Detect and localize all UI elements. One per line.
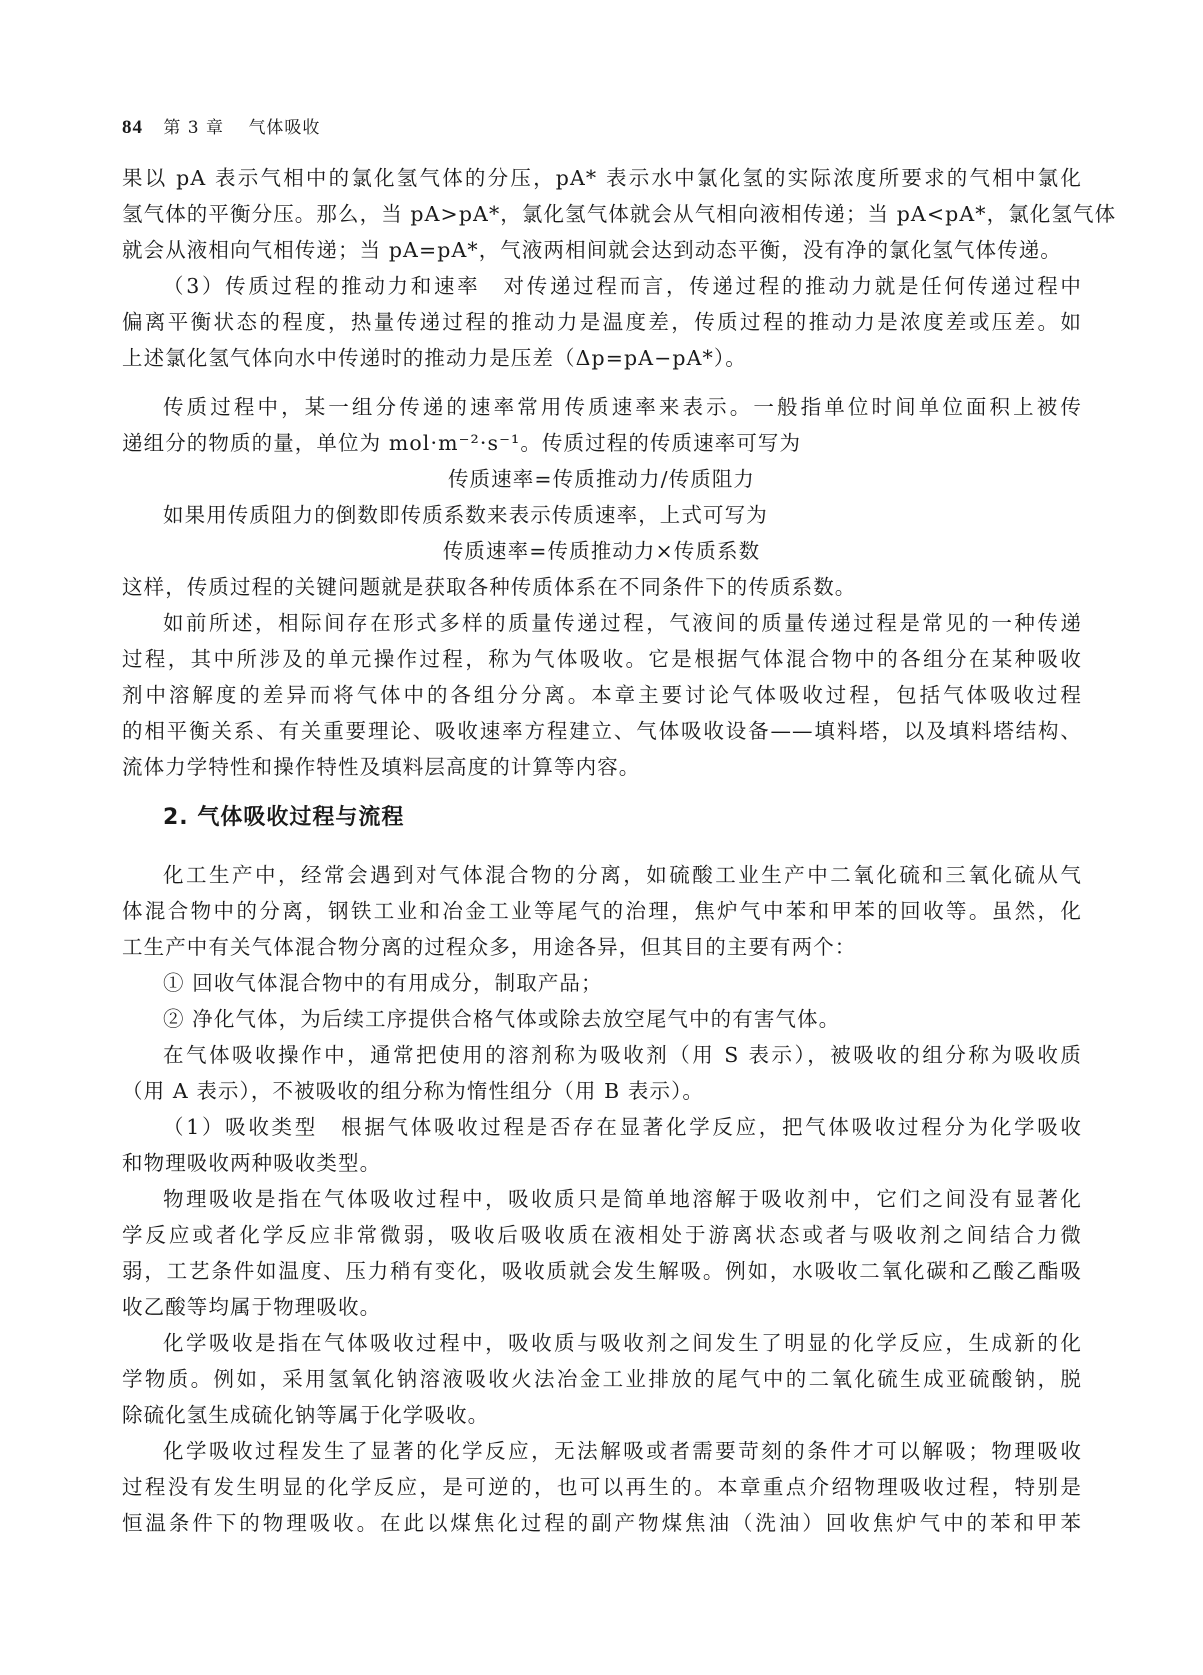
text-line: （3）传质过程的推动力和速率 对传递过程而言，传递过程的推动力就是任何传递过程中 — [163, 271, 1082, 301]
text-line: （1）吸收类型 根据气体吸收过程是否存在显著化学反应，把气体吸收过程分为化学吸收 — [163, 1112, 1082, 1142]
section-heading: 2. 气体吸收过程与流程 — [163, 800, 404, 831]
text-line: 传质过程中，某一组分传递的速率常用传质速率来表示。一般指单位时间单位面积上被传 — [163, 392, 1082, 422]
text-line: 恒温条件下的物理吸收。在此以煤焦化过程的副产物煤焦油（洗油）回收焦炉气中的苯和甲… — [122, 1508, 1082, 1538]
book-page: 84 第 3 章 气体吸收 果以 pA 表示气相中的氯化氢气体的分压，pA* 表… — [0, 0, 1203, 1675]
text-line: 流体力学特性和操作特性及填料层高度的计算等内容。 — [122, 752, 1082, 782]
text-line: 如前所述，相际间存在形式多样的质量传递过程，气液间的质量传递过程是常见的一种传递 — [163, 608, 1082, 638]
equation: 传质速率=传质推动力×传质系数 — [0, 536, 1203, 566]
text-line: 收乙酸等均属于物理吸收。 — [122, 1292, 1082, 1322]
text-line: 工生产中有关气体混合物分离的过程众多，用途各异，但其目的主要有两个： — [122, 932, 1082, 962]
text-line: 弱，工艺条件如温度、压力稍有变化，吸收质就会发生解吸。例如，水吸收二氧化碳和乙酸… — [122, 1256, 1082, 1286]
chapter-label: 第 3 章 — [163, 118, 224, 138]
running-header: 84 第 3 章 气体吸收 — [122, 113, 320, 139]
text-line: 氢气体的平衡分压。那么，当 pA>pA*，氯化氢气体就会从气相向液相传递；当 p… — [122, 199, 1082, 229]
text-line: 过程没有发生明显的化学反应，是可逆的，也可以再生的。本章重点介绍物理吸收过程，特… — [122, 1472, 1082, 1502]
text-line: 果以 pA 表示气相中的氯化氢气体的分压，pA* 表示水中氯化氢的实际浓度所要求… — [122, 163, 1082, 193]
text-line: 化学吸收是指在气体吸收过程中，吸收质与吸收剂之间发生了明显的化学反应，生成新的化 — [163, 1328, 1082, 1358]
text-line: 化工生产中，经常会遇到对气体混合物的分离，如硫酸工业生产中二氧化硫和三氧化硫从气 — [163, 860, 1082, 890]
text-line: 物理吸收是指在气体吸收过程中，吸收质只是简单地溶解于吸收剂中，它们之间没有显著化 — [163, 1184, 1082, 1214]
text-line: 学反应或者化学反应非常微弱，吸收后吸收质在液相处于游离状态或者与吸收剂之间结合力… — [122, 1220, 1082, 1250]
text-line: 如果用传质阻力的倒数即传质系数来表示传质速率，上式可写为 — [163, 500, 1082, 530]
text-line: 这样，传质过程的关键问题就是获取各种传质体系在不同条件下的传质系数。 — [122, 572, 1082, 602]
chapter-title: 气体吸收 — [248, 118, 320, 138]
text-line: 在气体吸收操作中，通常把使用的溶剂称为吸收剂（用 S 表示），被吸收的组分称为吸… — [163, 1040, 1082, 1070]
text-line: 化学吸收过程发生了显著的化学反应，无法解吸或者需要苛刻的条件才可以解吸；物理吸收 — [163, 1436, 1082, 1466]
text-line: 剂中溶解度的差异而将气体中的各组分分离。本章主要讨论气体吸收过程，包括气体吸收过… — [122, 680, 1082, 710]
text-line: 就会从液相向气相传递；当 pA=pA*，气液两相间就会达到动态平衡，没有净的氯化… — [122, 235, 1082, 265]
page-number: 84 — [122, 117, 143, 138]
text-line: 学物质。例如，采用氢氧化钠溶液吸收火法冶金工业排放的尾气中的二氧化硫生成亚硫酸钠… — [122, 1364, 1082, 1394]
text-line: 和物理吸收两种吸收类型。 — [122, 1148, 1082, 1178]
list-item: ① 回收气体混合物中的有用成分，制取产品； — [163, 968, 1082, 998]
text-line: 体混合物中的分离，钢铁工业和冶金工业等尾气的治理，焦炉气中苯和甲苯的回收等。虽然… — [122, 896, 1082, 926]
text-line: 递组分的物质的量，单位为 mol·m⁻²·s⁻¹。传质过程的传质速率可写为 — [122, 428, 1082, 458]
text-line: 的相平衡关系、有关重要理论、吸收速率方程建立、气体吸收设备——填料塔，以及填料塔… — [122, 716, 1082, 746]
text-line: 上述氯化氢气体向水中传递时的推动力是压差（Δp=pA−pA*）。 — [122, 343, 1082, 373]
text-line: （用 A 表示），不被吸收的组分称为惰性组分（用 B 表示）。 — [122, 1076, 1082, 1106]
equation: 传质速率=传质推动力/传质阻力 — [0, 464, 1203, 494]
text-line: 除硫化氢生成硫化钠等属于化学吸收。 — [122, 1400, 1082, 1430]
text-line: 过程，其中所涉及的单元操作过程，称为气体吸收。它是根据气体混合物中的各组分在某种… — [122, 644, 1082, 674]
list-item: ② 净化气体，为后续工序提供合格气体或除去放空尾气中的有害气体。 — [163, 1004, 1082, 1034]
text-line: 偏离平衡状态的程度，热量传递过程的推动力是温度差，传质过程的推动力是浓度差或压差… — [122, 307, 1082, 337]
